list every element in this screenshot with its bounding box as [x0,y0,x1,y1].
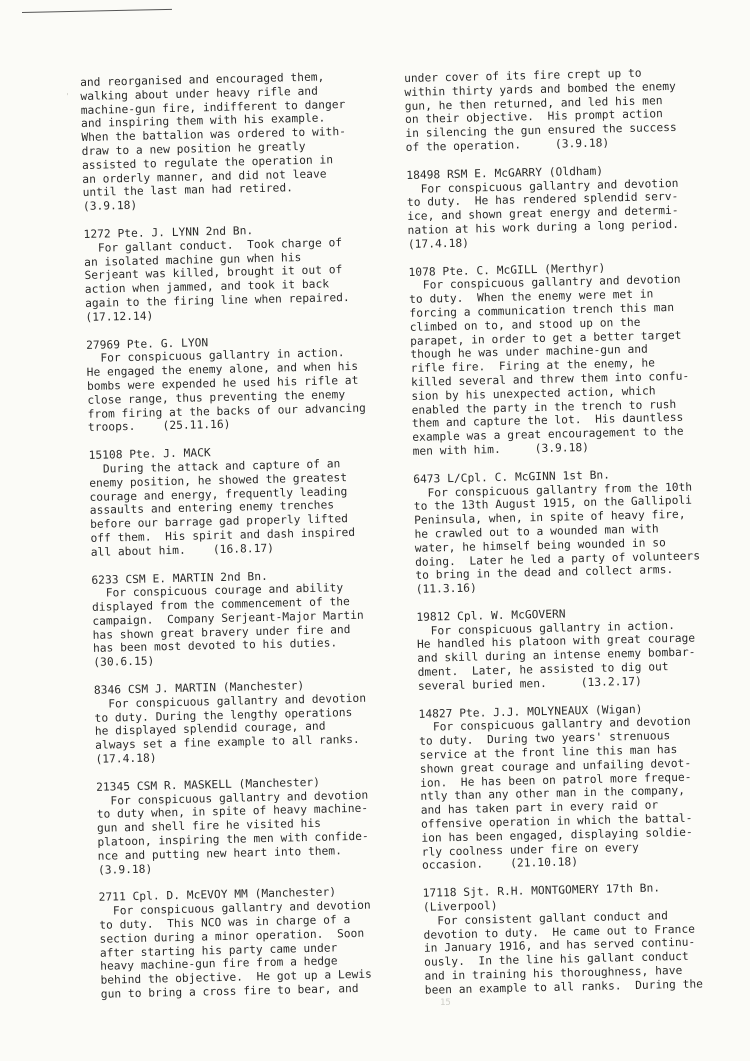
citation-entry: 19812 Cpl. W. McGOVERNFor conspicuous ga… [416,603,748,693]
citation-entry: 27969 Pte. G. LYONFor conspicuous gallan… [86,331,418,435]
citation-entry: 14827 Pte. J.J. MOLYNEAUX (Wigan)For con… [418,700,750,873]
page-number-mark: 15 [440,998,451,1008]
citation-entry: under cover of its fire crept up towithi… [404,65,736,155]
stray-mark: ' [65,92,70,101]
citation-entry: 21345 CSM R. MASKELL (Manchester)For con… [96,773,428,877]
citation-entry: 6233 CSM E. MARTIN 2nd Bn.For conspicuou… [91,566,423,670]
citation-entry: 15108 Pte. J. MACKDuring the attack and … [88,442,420,560]
citation-entry: 18498 RSM E. McGARRY (Oldham)For conspic… [406,161,738,251]
citation-entry: 1272 Pte. J. LYNN 2nd Bn.For gallant con… [83,220,415,324]
right-column: under cover of its fire crept up towithi… [404,65,750,1012]
citation-entry: 1078 Pte. C. McGILL (Merthyr)For conspic… [408,258,742,459]
citation-entry: 8346 CSM J. MARTIN (Manchester)For consp… [94,676,426,766]
citation-entry: 2711 Cpl. D. McEVOY MM (Manchester)For c… [99,884,431,1002]
citation-entry: 6473 L/Cpl. C. McGINN 1st Bn.For conspic… [413,465,746,597]
citation-entry: and reorganised and encouraged them,walk… [80,69,413,214]
left-column: and reorganised and encouraged them,walk… [80,69,431,1016]
top-rule-line [22,9,172,13]
citation-entry: 17118 Sjt. R.H. MONTGOMERY 17th Bn.(Live… [422,880,750,998]
